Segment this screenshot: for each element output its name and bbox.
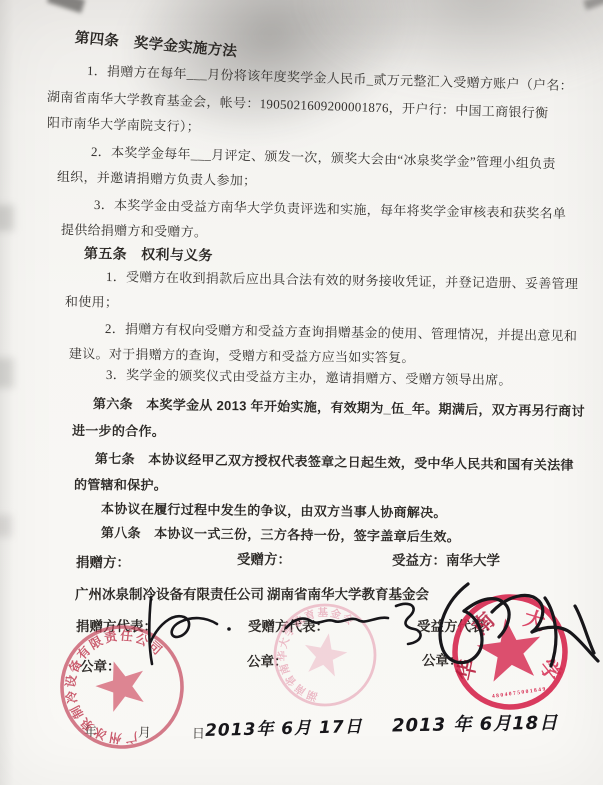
contract-line: 阳市南华大学南院支行）； (47, 112, 201, 135)
beneficiary-date-handwritten: 2013 年 6月18日 (392, 709, 559, 738)
recipient-party-label: 受赠方： (237, 548, 291, 568)
contract-line: 本协议在履行过程中发生的争议，由双方当事人协商解决。 (101, 498, 447, 521)
section-heading-7: 第七条 本协议经甲乙双方授权代表签章之日起生效，受中华人民共和国有关法律 (95, 448, 574, 474)
scanned-contract-page: 第四条 奖学金实施方法 1．捐赠方在每年___月份将该年度奖学金人民币_贰万元整… (0, 0, 603, 785)
beneficiary-seal-code: 4804075001849 (492, 686, 548, 700)
donor-date-line: 年 月 日 (84, 721, 219, 742)
contract-line: 1．受赠方在收到捐款后应出具合法有效的财务接收凭证，并登记造册、妥善管理 (106, 266, 579, 292)
section-heading-5: 第五条 权利与义务 (84, 243, 213, 265)
page-edge-shadow (0, 0, 14, 785)
donor-party-label: 捐赠方： (76, 551, 130, 571)
contract-line: 提供给捐赠方和受赠方。 (61, 219, 208, 241)
donor-representative-label: 捐赠方代表： (76, 615, 157, 635)
recipient-seal-star-icon (300, 630, 350, 678)
scan-smudge (0, 205, 14, 231)
contract-line: 组织，并邀请捐赠方负责人参加； (57, 166, 257, 189)
recipient-date-handwritten: 2013年 6月 17日 (205, 712, 363, 741)
donor-company-name: 广州冰泉制冷设备有限责任公司 (75, 583, 264, 603)
contract-line: 进一步的合作。 (72, 420, 165, 440)
page-corner-artifact (47, 0, 86, 13)
recipient-representative-label: 受赠方代表： (248, 615, 329, 635)
beneficiary-university-seal: 南 大 华 学 4804075001849 (450, 592, 570, 712)
scan-smudge (0, 358, 14, 388)
recipient-company-name: 湖南省南华大学教育基金会 (267, 583, 429, 603)
contract-line: 建议。对于捐赠方的查询，受赠方和受益方应当如实答复。 (69, 343, 415, 366)
contract-line: 2．捐赠方有权向受赠方和受益方查询捐赠基金的使用、管理情况，并提出意见和 (105, 318, 578, 344)
beneficiary-seal-label: 公章： (422, 649, 463, 669)
section-heading-6: 第六条 本奖学金从 2013 年开始实施，有效期为_伍_年。期满后，双方再另行商… (93, 393, 585, 420)
beneficiary-seal-char: 大 (521, 606, 548, 635)
recipient-seal-label: 公章： (247, 650, 288, 670)
beneficiary-representative-label: 受益方代表： (417, 615, 498, 635)
beneficiary-seal-char: 学 (534, 655, 566, 686)
page-corner-artifact (583, 0, 603, 10)
contract-line: 的管辖和保护。 (74, 474, 167, 494)
contract-line: 3．奖学金的颁奖仪式由受益方主办，邀请捐赠方、受赠方领导出席。 (106, 364, 512, 389)
scan-smudge (0, 515, 12, 537)
section-heading-4: 第四条 奖学金实施方法 (74, 26, 238, 61)
section-heading-8: 第八条 本协议一式三份，三方各持一份，签字盖章后生效。 (101, 522, 460, 545)
beneficiary-party-label: 受益方：南华大学 (392, 549, 500, 569)
contract-line: 3．本奖学金由受益方南华大学负责评选和实施，每年将奖学金审核表和获奖名单 (94, 194, 567, 222)
donor-seal-label: 公章： (80, 655, 121, 675)
contract-line: 和使用； (65, 291, 118, 311)
donor-representative-signature (149, 597, 231, 664)
